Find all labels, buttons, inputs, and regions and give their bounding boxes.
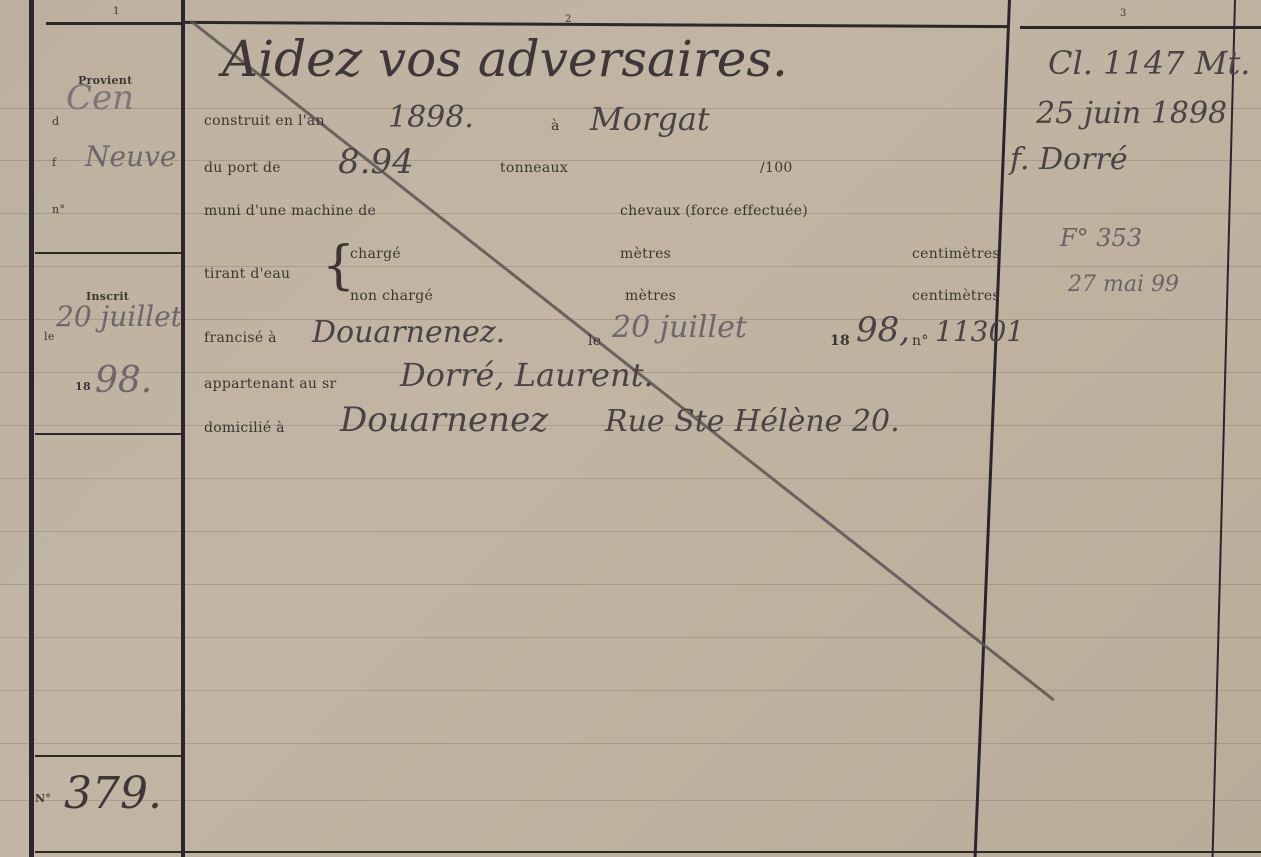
register-number: 379. — [64, 768, 162, 819]
francise-year-prefix: 18 — [830, 333, 850, 349]
tonneaux-label: tonneaux — [500, 160, 568, 176]
left-divider-3 — [35, 755, 181, 757]
left-column-divider — [181, 0, 185, 857]
chevaux-label: chevaux (force effectuée) — [620, 203, 808, 219]
inscrit-date: 20 juillet — [56, 300, 182, 333]
francise-no-label: n° — [912, 333, 929, 349]
column-number-1: 1 — [113, 6, 119, 17]
number-label: N° — [35, 792, 51, 805]
non-charge-label: non chargé — [350, 288, 433, 304]
francise-label: francisé à — [204, 330, 277, 346]
appartenant-label: appartenant au sr — [204, 376, 336, 392]
francise-place: Douarnenez. — [312, 315, 505, 350]
centimetres-label-non-charge: centimètres — [912, 288, 1000, 304]
domicile-place: Douarnenez — [340, 400, 548, 440]
francise-number: 11301 — [935, 315, 1024, 348]
inscrit-le-label: le — [44, 330, 55, 343]
header-rule-left — [46, 22, 184, 25]
machine-label: muni d'une machine de — [204, 203, 376, 219]
right-column-divider — [974, 0, 1011, 857]
francise-year: 98, — [856, 310, 910, 350]
register-page: 1 2 3 Provient Cen d f Neuve n° Inscrit … — [0, 0, 1261, 857]
hundredths-label: /100 — [760, 160, 793, 176]
port-label: du port de — [204, 160, 281, 176]
left-divider-1 — [35, 252, 181, 254]
inscrit-year-prefix: 18 — [75, 380, 91, 393]
note-line-4: F° 353 — [1060, 224, 1142, 252]
construit-label: construit en l'an — [204, 113, 325, 129]
a-label: à — [551, 118, 560, 134]
domicile-label: domicilié à — [204, 420, 285, 436]
provient-prefix-n: n° — [52, 203, 65, 216]
metres-label-charge: mètres — [620, 246, 671, 262]
francise-date: 20 juillet — [612, 310, 747, 345]
note-line-2: 25 juin 1898 — [1036, 96, 1227, 131]
inscrit-year: 98. — [95, 360, 152, 401]
provient-prefix-f: f — [52, 156, 56, 169]
owner-name: Dorré, Laurent. — [400, 356, 654, 394]
centimetres-label-charge: centimètres — [912, 246, 1000, 262]
header-rule-main — [185, 21, 1010, 28]
domicile-street: Rue Ste Hélène 20. — [605, 404, 900, 439]
provient-prefix-d: d — [52, 115, 59, 128]
tirant-label: tirant d'eau — [204, 266, 290, 282]
construit-year: 1898. — [388, 100, 474, 135]
left-margin-line — [29, 0, 34, 857]
note-line-3: f. Dorré — [1010, 142, 1128, 177]
bottom-rule — [35, 851, 1261, 853]
provient-handwriting-2: Neuve — [85, 140, 177, 173]
construit-place: Morgat — [590, 100, 710, 138]
left-divider-2 — [35, 433, 181, 435]
charge-label: chargé — [350, 246, 401, 262]
header-rule-right — [1020, 26, 1261, 29]
vessel-name: Aidez vos adversaires. — [222, 30, 788, 88]
note-line-1: Cl. 1147 Mt. — [1048, 44, 1250, 82]
francise-le-label: le — [588, 333, 601, 349]
metres-label-non-charge: mètres — [625, 288, 676, 304]
note-line-5: 27 mai 99 — [1068, 272, 1179, 297]
provient-handwriting-1: Cen — [66, 78, 134, 118]
port-value: 8.94 — [338, 142, 414, 182]
column-number-3: 3 — [1120, 8, 1126, 19]
